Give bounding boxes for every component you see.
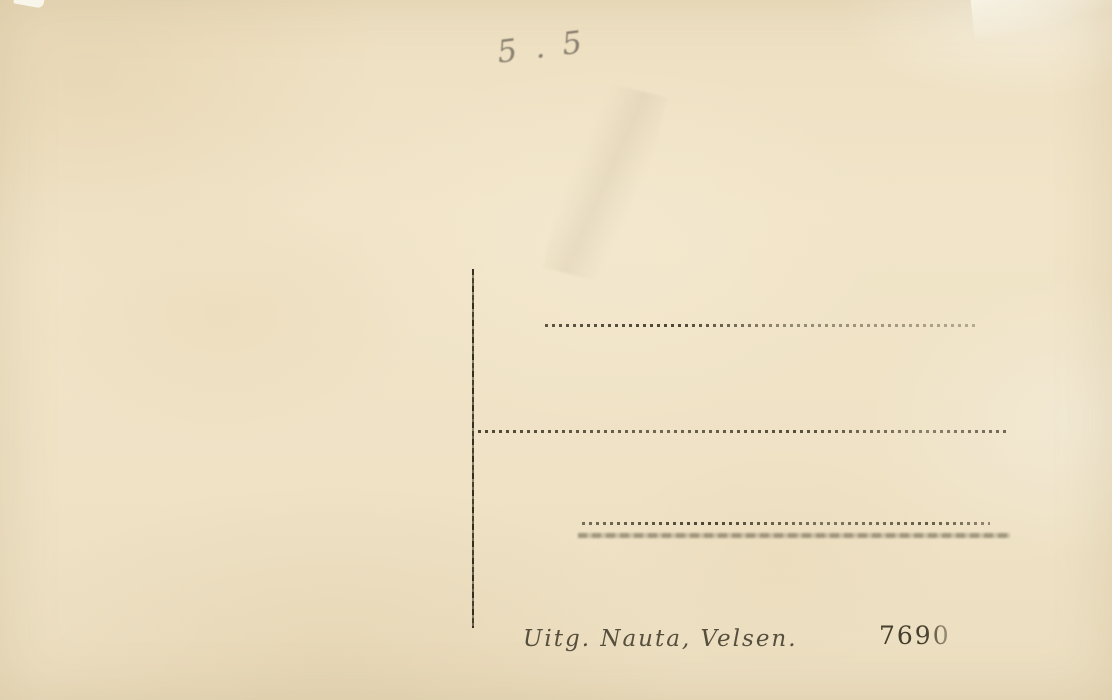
publisher-imprint: Uitg. Nauta, Velsen. [523, 626, 798, 652]
address-line-3 [582, 522, 990, 525]
corner-crease-top-right [970, 0, 1112, 40]
postcard-back: 5 . 5 Uitg. Nauta, Velsen. 7690 [0, 0, 1112, 700]
corner-damage-top-left [13, 0, 44, 9]
card-number: 7690 [879, 621, 951, 650]
pencil-annotation: 5 . 5 [495, 21, 609, 70]
address-line-3-smudge [578, 533, 1010, 538]
divider-line [472, 269, 474, 628]
address-line-1 [545, 324, 977, 327]
paper-smudge [543, 78, 668, 287]
address-line-2 [478, 430, 1006, 433]
